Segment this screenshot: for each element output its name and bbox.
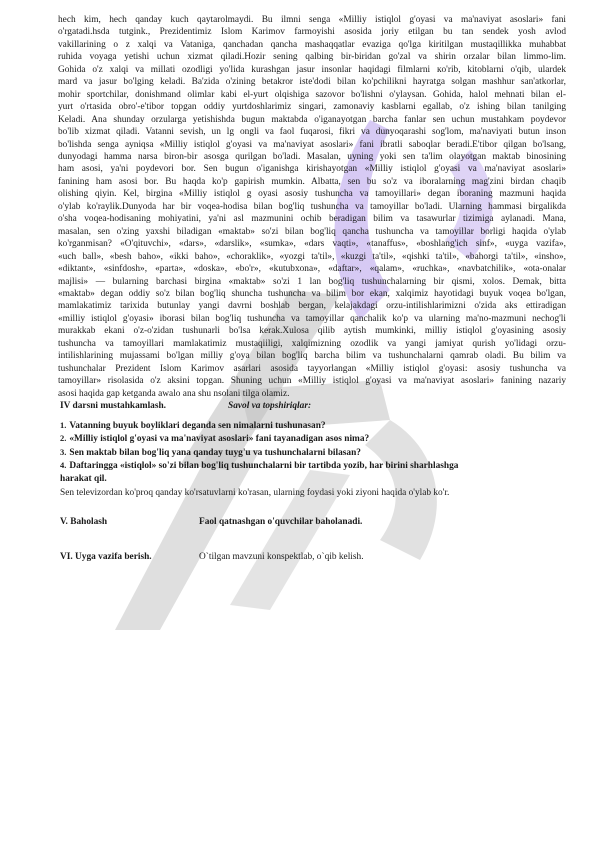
body-line: asosi haqida gap ketganda awalo ana shu … [58, 388, 566, 400]
body-line: Keladi. Ana shunday orzularga yetishishd… [58, 114, 566, 126]
body-line: tushuncha va tamoyillari mamlakatimiz mu… [58, 338, 566, 350]
body-line: hech kim, hech qanday kuch qaytarolmaydi… [58, 14, 566, 26]
section-iv-title: IV darsni mustahkamlash. [60, 401, 166, 411]
body-line: masalan, sen o'zing yaxshi biladigan «ma… [58, 226, 566, 238]
question-item: 4.Daftaringga «istiqlol» so'zi bilan bog… [58, 459, 566, 472]
question-item: 3.Sen maktab bilan bog'liq yana qanday t… [58, 446, 566, 459]
document-page: hech kim, hech qanday kuch qaytarolmaydi… [0, 0, 596, 842]
question-item: 1.Vatanning buyuk boyliklari deganda sen… [58, 419, 566, 432]
question-text: Daftaringga «istiqlol» so'zi bilan bog'l… [69, 461, 458, 471]
body-line: «maktab» degan oddiy so'z bilan bog'liq … [58, 288, 566, 300]
body-line: o'sha voqea-hodisaning mohiyatini, ya'ni… [58, 213, 566, 225]
body-line: dunyodagi hamma narsa biron-bir asosga q… [58, 151, 566, 163]
body-line: ham asosi, ya'ni poydevori bor. Sen bugu… [58, 163, 566, 175]
body-line: mamlakatimiz tarixida butunlay yangi dav… [58, 300, 566, 312]
section-vi: VI. Uyga vazifa berish. O`tilgan mavzuni… [58, 551, 566, 564]
section-v-text: Faol qatnashgan o'quvchilar baholanadi. [199, 516, 362, 528]
body-line: mohir sportchilar, donishmand olimlar ka… [58, 89, 566, 101]
body-line: majlisi» — bularning barchasi birgina «m… [58, 276, 566, 288]
question-number: 2. [60, 433, 66, 443]
body-line: o'rgatadi.hsda tutgink., Prezidentimiz I… [58, 26, 566, 38]
extra-task: Sen televizordan ko'proq qanday ko'rsatu… [58, 487, 566, 499]
body-line: ko'rganmisan? «O'qituvchi», «dars», «dar… [58, 238, 566, 250]
section-v: V. Baholash Faol qatnashgan o'quvchilar … [58, 516, 566, 529]
body-line: bo'lib xizmat qiladi. Vatanni sevish, un… [58, 126, 566, 138]
body-line: murakkab ekani o'z-o'zidan tushunarli bo… [58, 325, 566, 337]
body-line: tushunchalar Prezident Islom Karimov asa… [58, 363, 566, 375]
body-line: yurt o'rtasida obro'-e'tibor topgan oddi… [58, 101, 566, 113]
question-text: Vatanning buyuk boyliklari deganda sen n… [69, 421, 325, 431]
section-iv-heading: IV darsni mustahkamlash. Savol va topshi… [58, 400, 566, 413]
body-line: tamoyillar» risolasida o'z aksini topgan… [58, 375, 566, 387]
main-paragraph: hech kim, hech qanday kuch qaytarolmaydi… [58, 14, 566, 400]
body-line: ruhida voyaga yetishi uchun xizmat qilad… [58, 51, 566, 63]
body-line: vakillarining o z xalqi va Vataniga, qan… [58, 39, 566, 51]
section-vi-text: O`tilgan mavzuni konspektlab, o`qib keli… [199, 551, 364, 563]
question-number: 4. [60, 460, 66, 470]
question-number: 1. [60, 420, 66, 430]
body-line: Gohida o'z xalqi va millati ozodligi yo'… [58, 64, 566, 76]
document-body: hech kim, hech qanday kuch qaytarolmaydi… [58, 14, 566, 564]
questions-list: 1.Vatanning buyuk boyliklari deganda sen… [58, 419, 566, 485]
question-number: 3. [60, 447, 66, 457]
section-v-title: V. Baholash [60, 517, 107, 527]
body-line: mard va jasur bo'lging keladi. Ba'zida o… [58, 76, 566, 88]
body-line: olishing qiyin. Kel, birgina «Milliy ist… [58, 188, 566, 200]
body-line: «uch ball», «besh baho», «ikki baho», «c… [58, 251, 566, 263]
section-iv-subtitle: Savol va topshiriqlar: [228, 400, 311, 412]
question-text: «Milliy istiqlol g'oyasi va ma'naviyat a… [69, 434, 369, 444]
body-line: «milliy istiqlol g'oyasi» iborasi bilan … [58, 313, 566, 325]
body-line: o'ylab ko'raylik.Dunyoda har bir voqea-h… [58, 201, 566, 213]
section-vi-title: VI. Uyga vazifa berish. [60, 552, 152, 562]
body-line: bo'lishda senga ayniqsa «Milliy istiqlol… [58, 139, 566, 151]
question-text: Sen maktab bilan bog'liq yana qanday tuy… [69, 448, 361, 458]
body-line: fanining ham asosi bor. Bu haqda ko'p ga… [58, 176, 566, 188]
question-item: 2.«Milliy istiqlol g'oyasi va ma'naviyat… [58, 432, 566, 445]
body-line: «diktant», «sinfdosh», «parta», «doska»,… [58, 263, 566, 275]
question-continuation: harakat qil. [58, 473, 566, 485]
question-text-continuation: harakat qil. [60, 473, 107, 485]
body-line: intilishlarining mujassami bo'lgan milli… [58, 350, 566, 362]
